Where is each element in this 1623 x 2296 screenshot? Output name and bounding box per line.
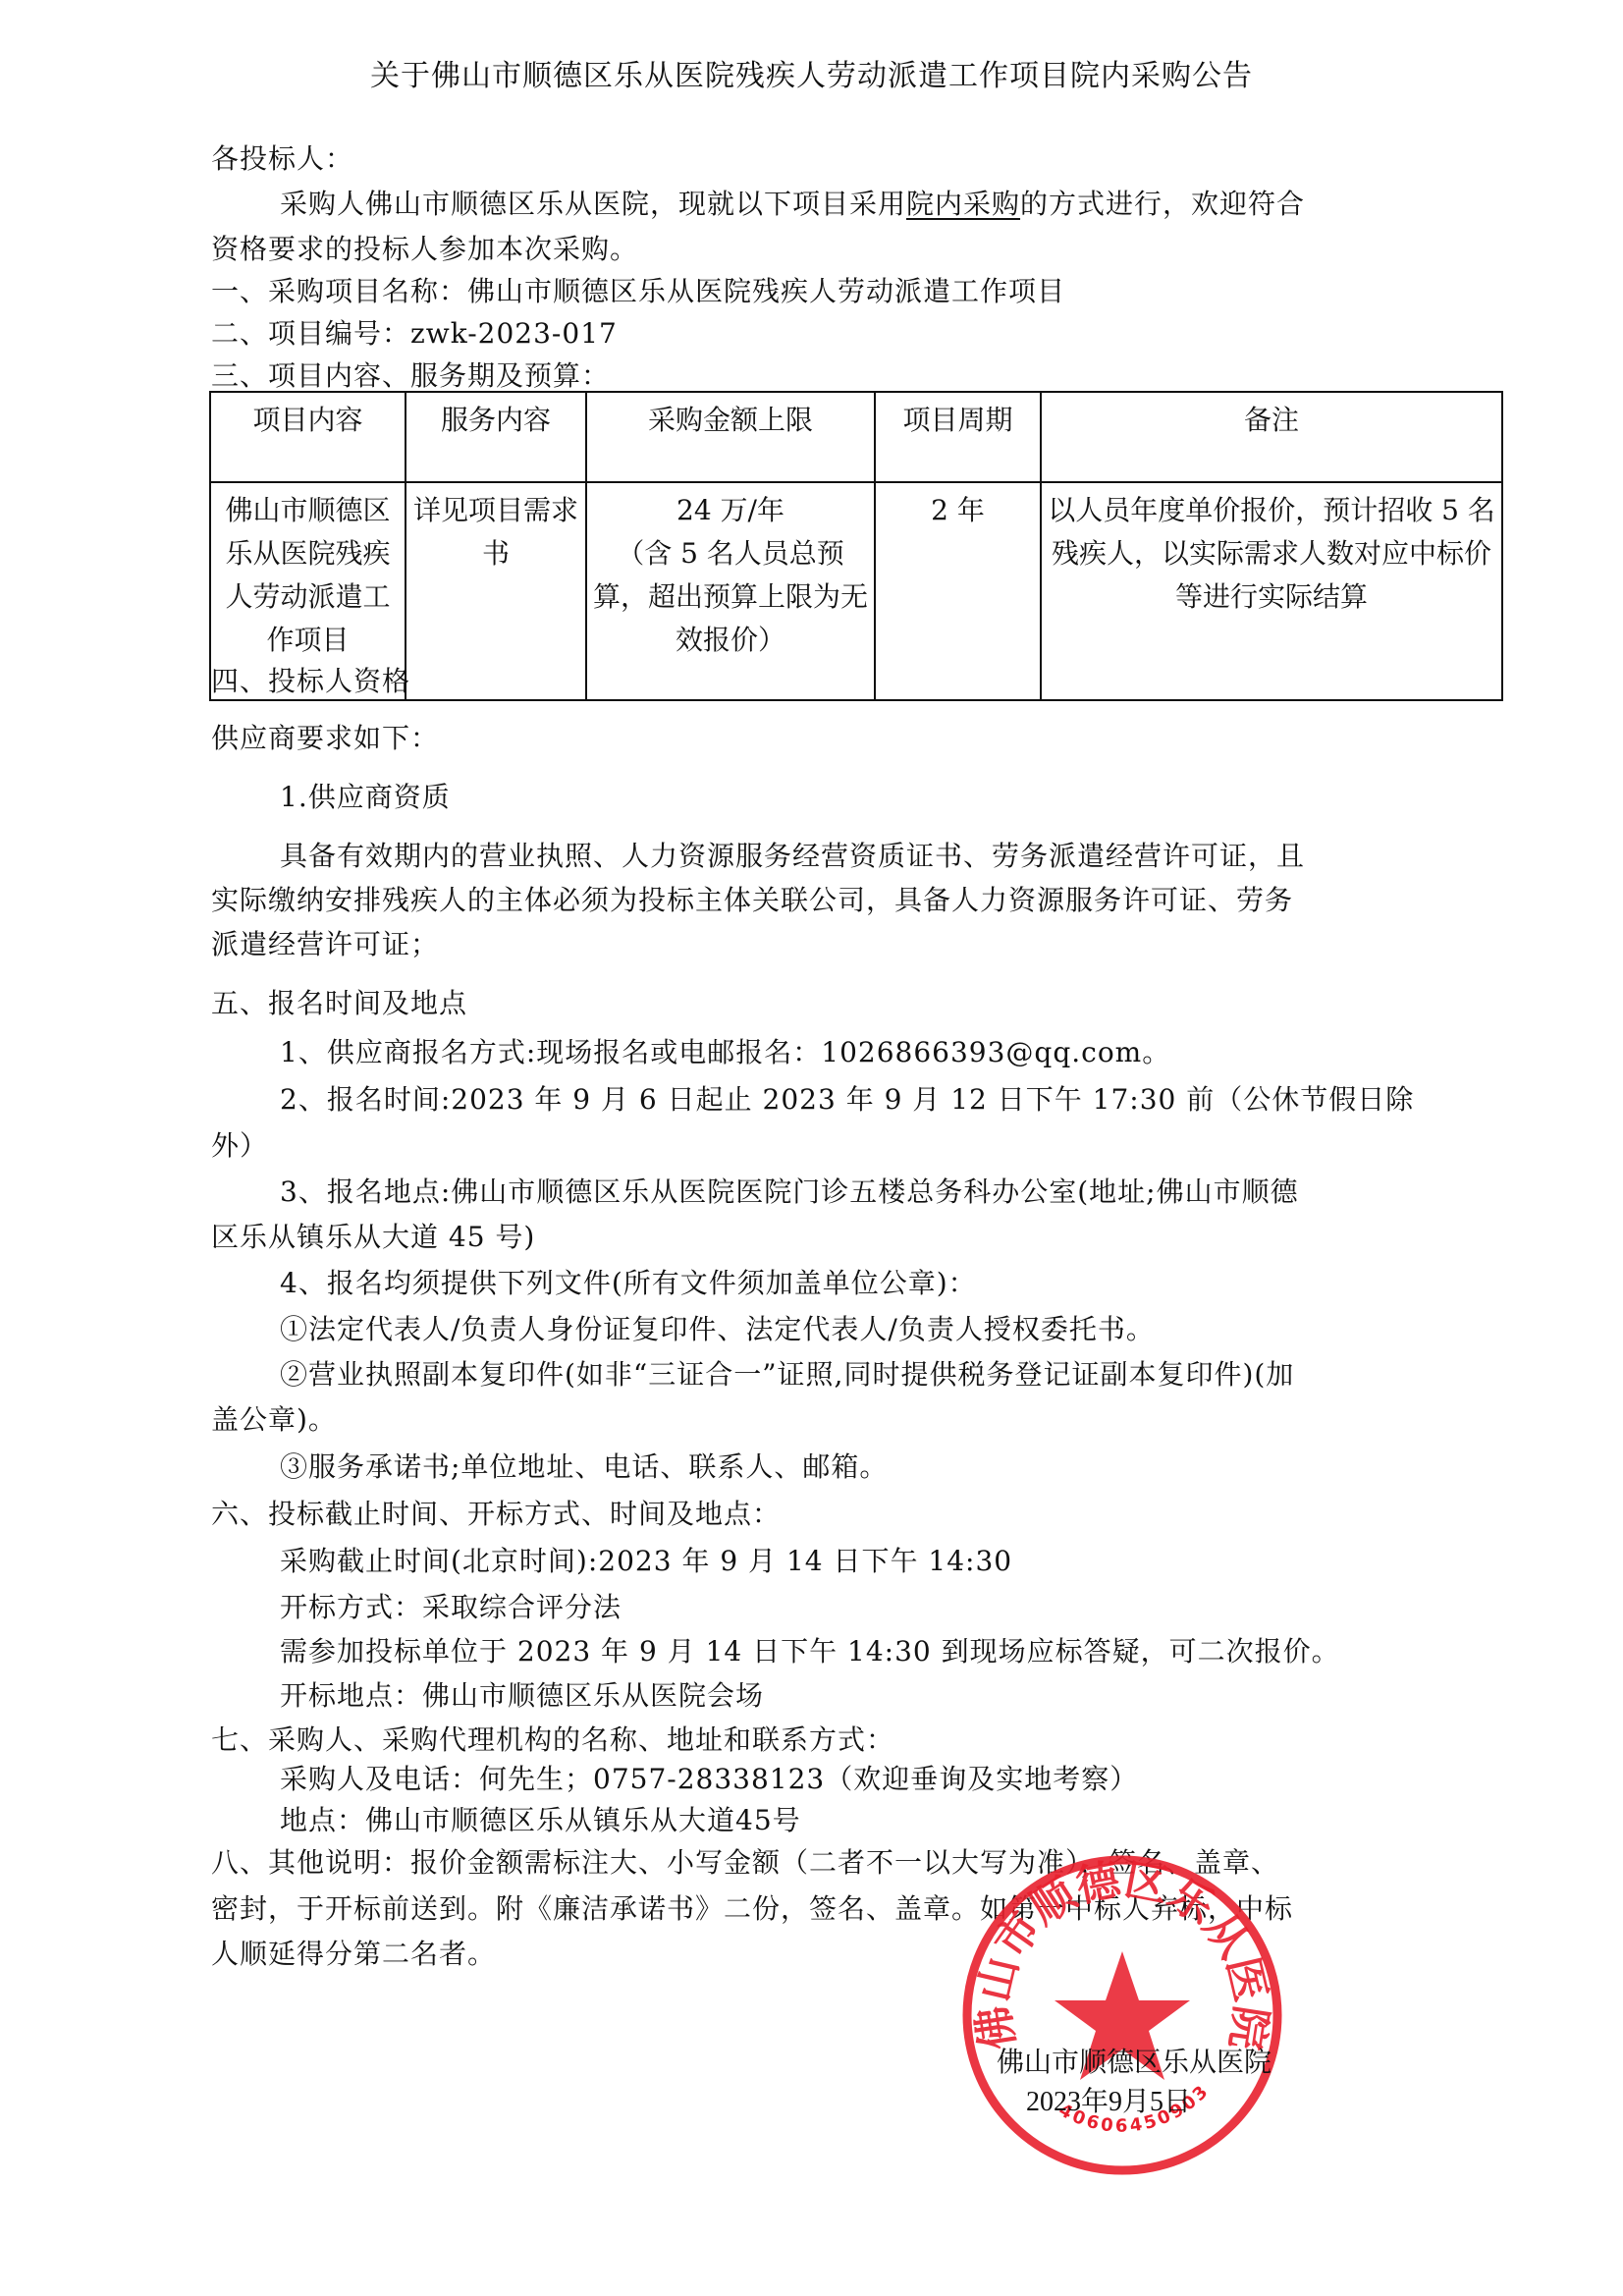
section-3-heading: 三、项目内容、服务期及预算： (211, 355, 610, 394)
required-documents-heading: 4、报名均须提供下列文件(所有文件须加盖单位公章)： (280, 1262, 977, 1301)
header-budget-limit: 采购金额上限 (586, 392, 875, 482)
cell-remark: 以人员年度单价报价，预计招收 5 名残疾人，以实际需求人数对应中标价等进行实际结… (1041, 482, 1502, 700)
registration-location-line-1: 3、报名地点:佛山市顺德区乐从医院医院门诊五楼总务科办公室(地址;佛山市顺德 (280, 1171, 1299, 1210)
intro-text-2: 的方式进行，欢迎符合 (1020, 188, 1305, 220)
cell-budget-limit: 24 万/年 （含 5 名人员总预算，超出预算上限为无效报价） (586, 482, 875, 700)
procurement-method-underlined: 院内采购 (906, 188, 1020, 220)
budget-note: （含 5 名人员总预算，超出预算上限为无效报价） (593, 532, 868, 662)
cell-period: 2 年 (875, 482, 1041, 700)
header-service-content: 服务内容 (406, 392, 586, 482)
registration-location-line-2: 区乐从镇乐从大道 45 号) (211, 1216, 535, 1255)
section-1-project-name: 一、采购项目名称：佛山市顺德区乐从医院残疾人劳动派遣工作项目 (211, 270, 1065, 309)
bid-opening-method: 开标方式：采取综合评分法 (280, 1586, 622, 1625)
bid-opening-location: 开标地点：佛山市顺德区乐从医院会场 (280, 1674, 764, 1714)
intro-text-1: 采购人佛山市顺德区乐从医院，现就以下项目采用 (280, 188, 906, 220)
document-title: 关于佛山市顺德区乐从医院残疾人劳动派遣工作项目院内采购公告 (0, 51, 1623, 94)
required-document-2-line-1: ②营业执照副本复印件(如非“三证合一”证照,同时提供税务登记证副本复印件)(加 (280, 1353, 1294, 1393)
section-7-heading: 七、采购人、采购代理机构的名称、地址和联系方式： (211, 1719, 894, 1758)
intro-line-1: 采购人佛山市顺德区乐从医院，现就以下项目采用院内采购的方式进行，欢迎符合 (280, 183, 1305, 222)
intro-line-2: 资格要求的投标人参加本次采购。 (211, 228, 638, 267)
purchaser-address: 地点：佛山市顺德区乐从镇乐从大道45号 (280, 1799, 801, 1838)
qualification-para-line-3: 派遣经营许可证； (211, 923, 439, 962)
bid-deadline: 采购截止时间(北京时间):2023 年 9 月 14 日下午 14:30 (280, 1540, 1012, 1579)
section-4-heading: 四、投标人资格 (211, 660, 410, 699)
section-8-line-3: 人顺延得分第二名者。 (211, 1933, 496, 1972)
budget-amount: 24 万/年 (593, 489, 868, 532)
signature-organization: 佛山市顺德区乐从医院 (997, 2041, 1271, 2080)
signature-date: 2023年9月5日 (1026, 2080, 1191, 2119)
required-document-1: ①法定代表人/负责人身份证复印件、法定代表人/负责人授权委托书。 (280, 1308, 1155, 1347)
budget-table: 项目内容 服务内容 采购金额上限 项目周期 备注 佛山市顺德区乐从医院残疾人劳动… (209, 391, 1503, 701)
official-seal-stamp: 佛山市顺德区乐从医院 4406064509031 (960, 1853, 1284, 2177)
supplier-requirements-heading: 供应商要求如下： (211, 717, 439, 756)
header-project-content: 项目内容 (210, 392, 406, 482)
supplier-qualification-item: 1.供应商资质 (280, 776, 451, 815)
qualification-para-line-2: 实际缴纳安排残疾人的主体必须为投标主体关联公司，具备人力资源服务许可证、劳务 (211, 879, 1293, 918)
required-document-3: ③服务承诺书;单位地址、电话、联系人、邮箱。 (280, 1446, 888, 1485)
required-document-2-line-2: 盖公章)。 (211, 1398, 337, 1438)
bid-attendance: 需参加投标单位于 2023 年 9 月 14 日下午 14:30 到现场应标答疑… (280, 1630, 1340, 1669)
section-2-project-number: 二、项目编号：zwk-2023-017 (211, 312, 618, 352)
section-5-heading: 五、报名时间及地点 (211, 982, 467, 1021)
registration-method: 1、供应商报名方式:现场报名或电邮报名：1026866393@qq.com。 (280, 1031, 1170, 1070)
salutation: 各投标人： (211, 137, 353, 177)
header-period: 项目周期 (875, 392, 1041, 482)
registration-time-line-1: 2、报名时间:2023 年 9 月 6 日起止 2023 年 9 月 12 日下… (280, 1078, 1414, 1118)
qualification-para-line-1: 具备有效期内的营业执照、人力资源服务经营资质证书、劳务派遣经营许可证，且 (280, 835, 1305, 874)
section-6-heading: 六、投标截止时间、开标方式、时间及地点： (211, 1493, 781, 1532)
purchaser-contact: 采购人及电话：何先生；0757-28338123（欢迎垂询及实地考察） (280, 1758, 1138, 1797)
registration-time-line-2: 外） (211, 1124, 268, 1164)
document-page: 关于佛山市顺德区乐从医院残疾人劳动派遣工作项目院内采购公告 各投标人： 采购人佛… (0, 0, 1623, 2296)
table-header-row: 项目内容 服务内容 采购金额上限 项目周期 备注 (210, 392, 1502, 482)
cell-service-content: 详见项目需求书 (406, 482, 586, 700)
header-remark: 备注 (1041, 392, 1502, 482)
